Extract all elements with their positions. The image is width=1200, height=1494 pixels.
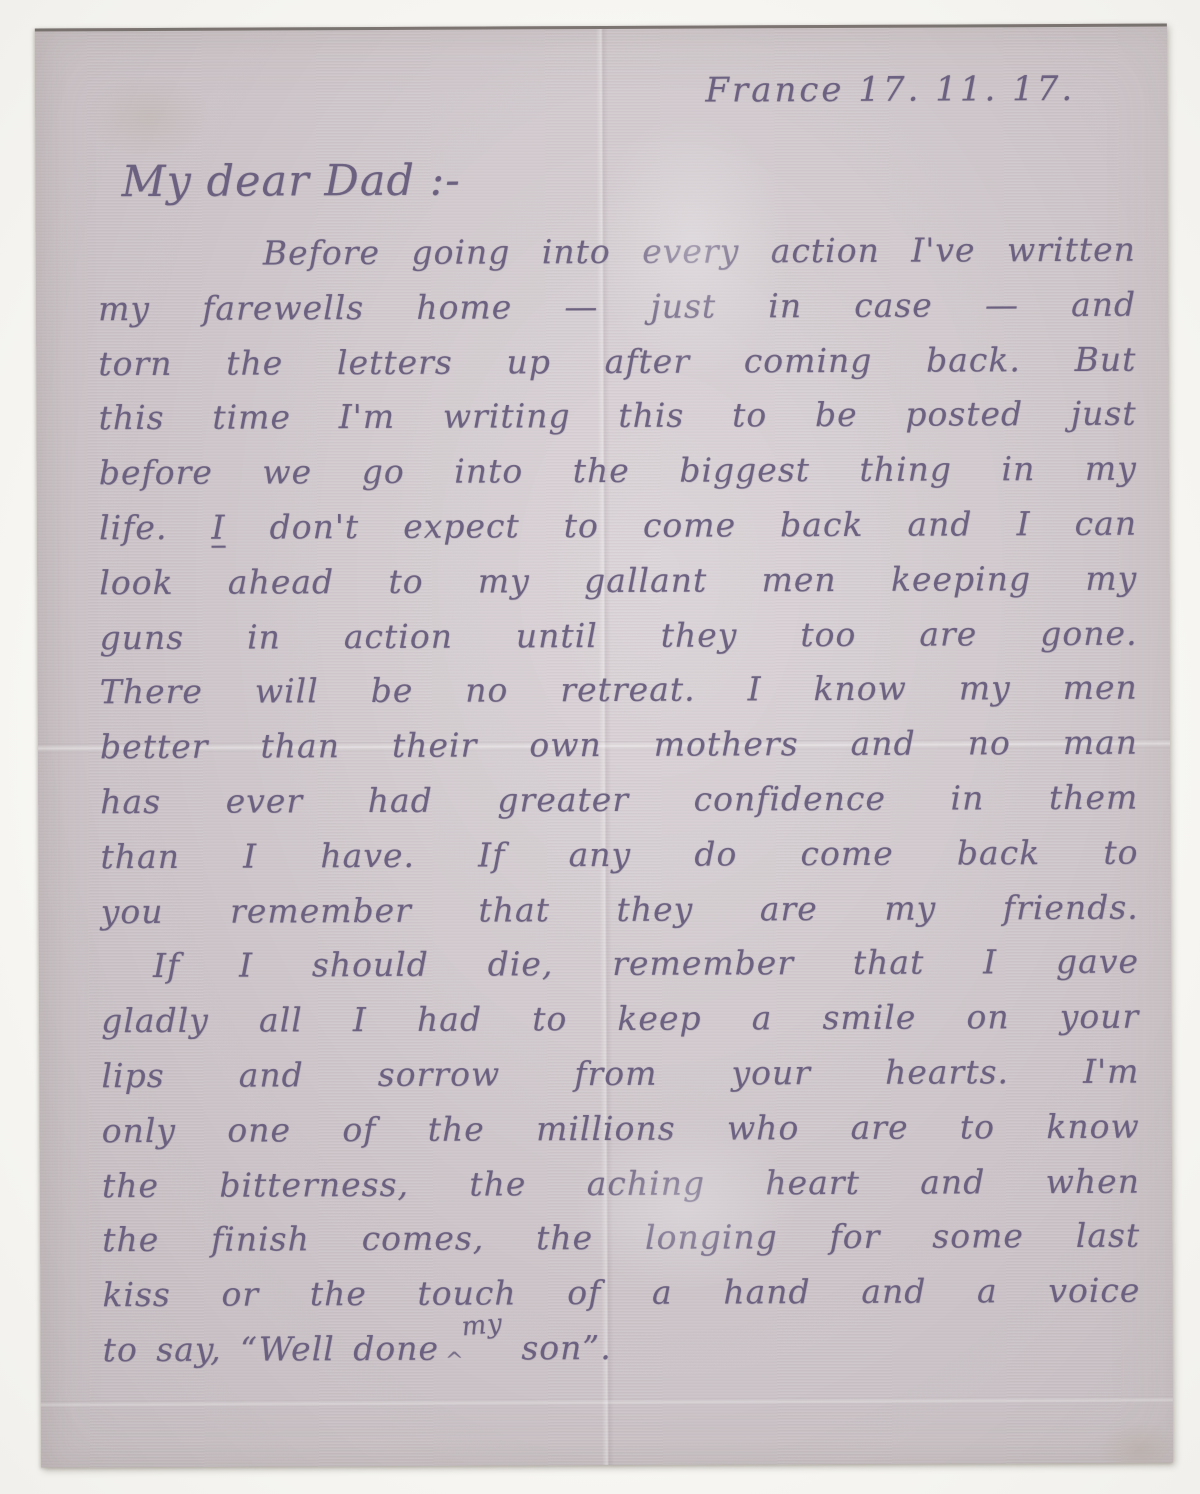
line-segment: to say, “Well done [103,1329,440,1369]
handwritten-line: guns in action until they too are gone. [99,606,1137,665]
line-segment: don't expect to come back and I can [225,504,1137,547]
line-segment: life. [99,508,212,547]
handwritten-line: you remember that they are my friends. [101,880,1139,939]
line-segment: son”. [503,1328,612,1367]
handwritten-line: has ever had greater confidence in them [100,771,1138,830]
handwritten-line: lips and sorrow from your hearts. I'm [101,1045,1139,1104]
handwritten-line: the finish comes, the longing for some l… [102,1209,1140,1268]
handwritten-line: than I have. If any do come back to [100,825,1138,884]
handwritten-line: torn the letters up after coming back. B… [98,332,1136,391]
handwritten-line: better than their own mothers and no man [100,716,1138,775]
handwritten-line: look ahead to my gallant men keeping my [99,551,1137,610]
handwritten-line: If I should die, remember that I gave [101,935,1139,994]
handwritten-line-closing: to say, “Well done^my son”. [103,1319,1141,1383]
handwritten-line: before we go into the biggest thing in m… [99,442,1137,501]
handwritten-line: this time I'm writing this to be posted … [98,387,1136,446]
handwritten-line: There will be no retreat. I know my men [100,661,1138,720]
scan-background: France 17. 11. 17. My dear Dad :- Before… [0,0,1200,1494]
handwritten-line: Before going into every action I've writ… [98,223,1136,282]
handwritten-line: gladly all I had to keep a smile on your [101,990,1139,1049]
letter-page: France 17. 11. 17. My dear Dad :- Before… [35,24,1173,1468]
salutation: My dear Dad :- [121,156,460,207]
handwritten-line: my farewells home — just in case — and [98,277,1136,336]
handwritten-line: only one of the millions who are to know [102,1099,1140,1158]
handwritten-line: kiss or the touch of a hand and a voice [102,1264,1140,1323]
letter-body: Before going into every action I've writ… [98,223,1141,1383]
fold-crease-bottom [41,1396,1173,1407]
handwritten-line: the bitterness, the aching heart and whe… [102,1154,1140,1213]
underlined-word: I [211,508,225,547]
handwritten-line: life. I don't expect to come back and I … [99,497,1137,556]
insertion-caret-mark: ^ [445,1335,465,1390]
dateline: France 17. 11. 17. [705,69,1075,111]
inserted-word: my [459,1297,505,1355]
